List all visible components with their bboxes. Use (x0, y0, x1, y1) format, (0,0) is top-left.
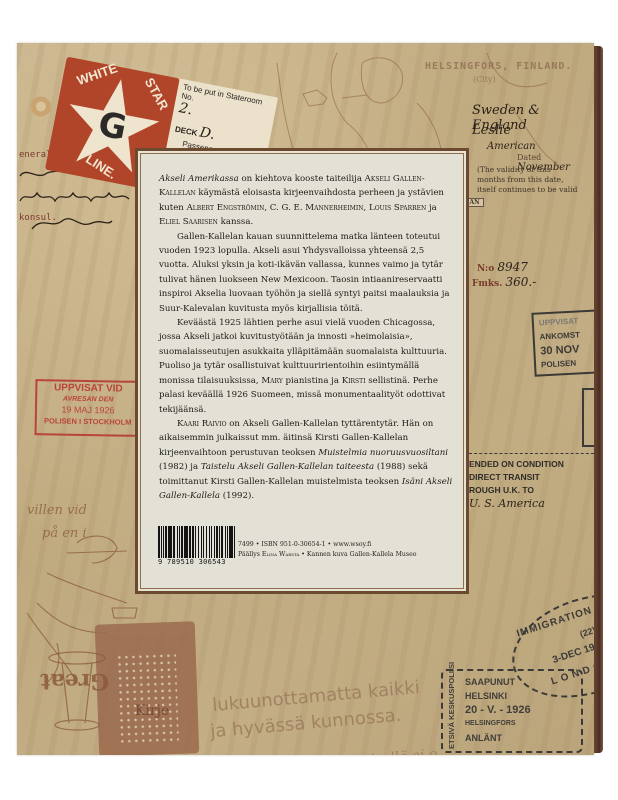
konsul-text: konsul. (19, 213, 57, 223)
validity-line: itself continues to be valid (477, 185, 577, 195)
passport-validity: (The validity of this months from this d… (477, 165, 577, 195)
stamp-line: HELSINGFORS (465, 717, 577, 731)
passport-city: (City) (473, 75, 496, 84)
deck-label: DECK (174, 125, 198, 138)
isbn-barcode: 9 789510 306543 (158, 526, 234, 568)
isbn-line: 7499 • ISBN 951-0-30654-1 • www.wsoy.fi (238, 540, 416, 550)
tag-eyelet (29, 95, 52, 118)
blurb-paragraph-2: Gallen-Kallelan kauan suunnittelema matk… (159, 230, 455, 316)
transit-text: ENDED ON CONDITION DIRECT TRANSIT ROUGH … (469, 453, 594, 510)
stamp-line: POLISEN (541, 356, 594, 373)
author-bio: Kaari Raivio on Akseli Gallen-Kallelan t… (159, 417, 455, 503)
great-text: Great (40, 668, 109, 694)
barcode-digits: 9 789510 306543 (158, 558, 234, 566)
passport-heading: HELSINGFORS, FINLAND. (425, 61, 572, 72)
validity-line: (The validity of this (477, 165, 577, 175)
sketch-handwriting-1: villen vid (27, 503, 87, 518)
passport-handwriting-3: American (487, 141, 536, 152)
imprint: 7499 • ISBN 951-0-30654-1 • www.wsoy.fi … (238, 540, 416, 560)
saapunut-stamp: ETSIVÄ KESKUSPOLIISI SAAPUNUT HELSINKI 2… (441, 669, 583, 753)
stamp-line: SAAPUNUT (465, 675, 577, 689)
kirje-text: Kirje (135, 703, 169, 719)
stamp-line: HELSINKI (465, 689, 577, 703)
transit-handwriting: U. S. America (469, 497, 594, 510)
transit-line: DIRECT TRANSIT (469, 471, 594, 484)
uppvisat-ankomst-stamp: UPPVISAT ANKOMST 30 NOV POLISEN (531, 309, 594, 377)
stamp-line: ANLÄNT (465, 731, 577, 745)
blurb-panel: Akseli Amerikassa on kiehtova kooste tai… (135, 148, 469, 594)
blurb-text: Akseli Amerikassa on kiehtova kooste tai… (159, 172, 455, 503)
anmeld-stamp (582, 388, 594, 447)
validity-line: months from this date, (477, 175, 577, 185)
blurb-paragraph-3: Keväästä 1925 lähtien perhe asui vielä v… (159, 316, 455, 417)
passport-handwriting-2: Leslie (472, 123, 511, 138)
book-spine-edge (594, 46, 603, 753)
deck-value: D. (198, 124, 216, 143)
passport-fee: Fmks. 360.- (472, 275, 536, 289)
passport-number: N:o 8947 (477, 260, 528, 274)
barcode-bars (158, 526, 234, 558)
transit-line: ENDED ON CONDITION (469, 458, 594, 471)
stamp-line: POLISEN I STOCKHOLM (37, 415, 139, 428)
blurb-paragraph-1: Akseli Amerikassa on kiehtova kooste tai… (159, 172, 455, 230)
stamp-line: 20 - V. - 1926 (465, 703, 577, 717)
uppvisat-red-stamp: UPPVISAT VID AVRESAN DEN 19 MAJ 1926 POL… (35, 379, 142, 437)
transit-line: ROUGH U.K. TO (469, 484, 594, 497)
credits-line: Päällys Elina Warsta • Kannen kuva Galle… (238, 550, 416, 560)
stamp-side-text: ETSIVÄ KESKUSPOLIISI (445, 662, 459, 749)
